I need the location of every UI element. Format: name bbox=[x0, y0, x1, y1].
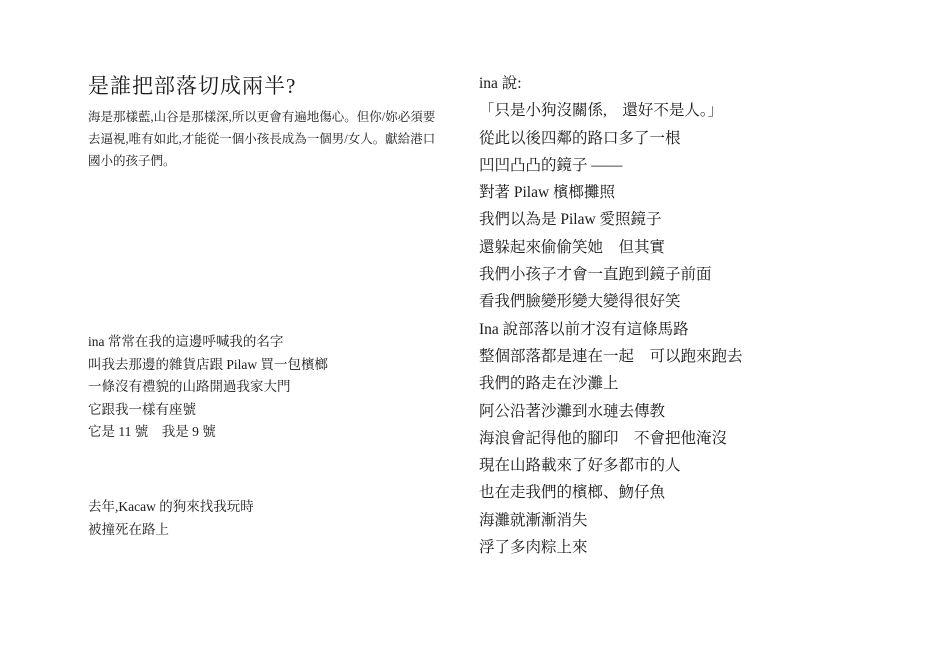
right-page: ina 說: 「只是小狗沒關係, 還好不是人。」 從此以後四鄰的路口多了一根 凹… bbox=[460, 0, 945, 661]
poem-line: 浮了多肉粽上來 bbox=[479, 534, 743, 561]
poem-line: 它是 11 號 我是 9 號 bbox=[88, 421, 328, 444]
poem-line: 還躲起來偷偷笑她 但其實 bbox=[479, 234, 743, 261]
poem-line: 阿公沿著沙灘到水璉去傳教 bbox=[479, 398, 743, 425]
poem-line: ina 說: bbox=[479, 70, 743, 97]
poem-line: ina 常常在我的這邊呼喊我的名字 bbox=[88, 331, 328, 354]
book-spread: 是誰把部落切成兩半? 海是那樣藍,山谷是那樣深,所以更會有遍地傷心。但你/妳必須… bbox=[0, 0, 945, 661]
poem-line: 從此以後四鄰的路口多了一根 bbox=[479, 125, 743, 152]
poem-line: 整個部落都是連在一起 可以跑來跑去 bbox=[479, 343, 743, 370]
stanza-1: ina 常常在我的這邊呼喊我的名字 叫我去那邊的雜貨店跟 Pilaw 買一包檳榔… bbox=[88, 331, 328, 444]
poem-line: 去年,Kacaw 的狗來找我玩時 bbox=[88, 496, 254, 519]
dedication-line: 國小的孩子們。 bbox=[88, 150, 433, 172]
poem-line: 海灘就漸漸消失 bbox=[479, 507, 743, 534]
poem-line: 被撞死在路上 bbox=[88, 519, 254, 542]
poem-title: 是誰把部落切成兩半? bbox=[88, 70, 296, 100]
poem-line: 看我們臉變形變大變得很好笑 bbox=[479, 288, 743, 315]
stanza-2: 去年,Kacaw 的狗來找我玩時 被撞死在路上 bbox=[88, 496, 254, 541]
left-page: 是誰把部落切成兩半? 海是那樣藍,山谷是那樣深,所以更會有遍地傷心。但你/妳必須… bbox=[0, 0, 460, 661]
poem-continuation: ina 說: 「只是小狗沒關係, 還好不是人。」 從此以後四鄰的路口多了一根 凹… bbox=[479, 70, 743, 561]
poem-line: 海浪會記得他的腳印 不會把他淹沒 bbox=[479, 425, 743, 452]
dedication-line: 海是那樣藍,山谷是那樣深,所以更會有遍地傷心。但你/妳必須要 bbox=[88, 106, 433, 128]
poem-line: 叫我去那邊的雜貨店跟 Pilaw 買一包檳榔 bbox=[88, 354, 328, 377]
poem-line: 我們以為是 Pilaw 愛照鏡子 bbox=[479, 206, 743, 233]
poem-line: 「只是小狗沒關係, 還好不是人。」 bbox=[479, 97, 743, 124]
poem-line: 現在山路載來了好多都市的人 bbox=[479, 452, 743, 479]
poem-line: 我們小孩子才會一直跑到鏡子前面 bbox=[479, 261, 743, 288]
dedication: 海是那樣藍,山谷是那樣深,所以更會有遍地傷心。但你/妳必須要 去逼視,唯有如此,… bbox=[88, 106, 433, 172]
poem-line: 它跟我一樣有座號 bbox=[88, 399, 328, 422]
poem-line: Ina 說部落以前才沒有這條馬路 bbox=[479, 316, 743, 343]
poem-line: 也在走我們的檳榔、魩仔魚 bbox=[479, 479, 743, 506]
poem-line: 凹凹凸凸的鏡子 —— bbox=[479, 152, 743, 179]
poem-line: 我們的路走在沙灘上 bbox=[479, 370, 743, 397]
poem-line: 一條沒有禮貌的山路開過我家大門 bbox=[88, 376, 328, 399]
poem-line: 對著 Pilaw 檳榔攤照 bbox=[479, 179, 743, 206]
dedication-line: 去逼視,唯有如此,才能從一個小孩長成為一個男/女人。獻給港口 bbox=[88, 128, 433, 150]
